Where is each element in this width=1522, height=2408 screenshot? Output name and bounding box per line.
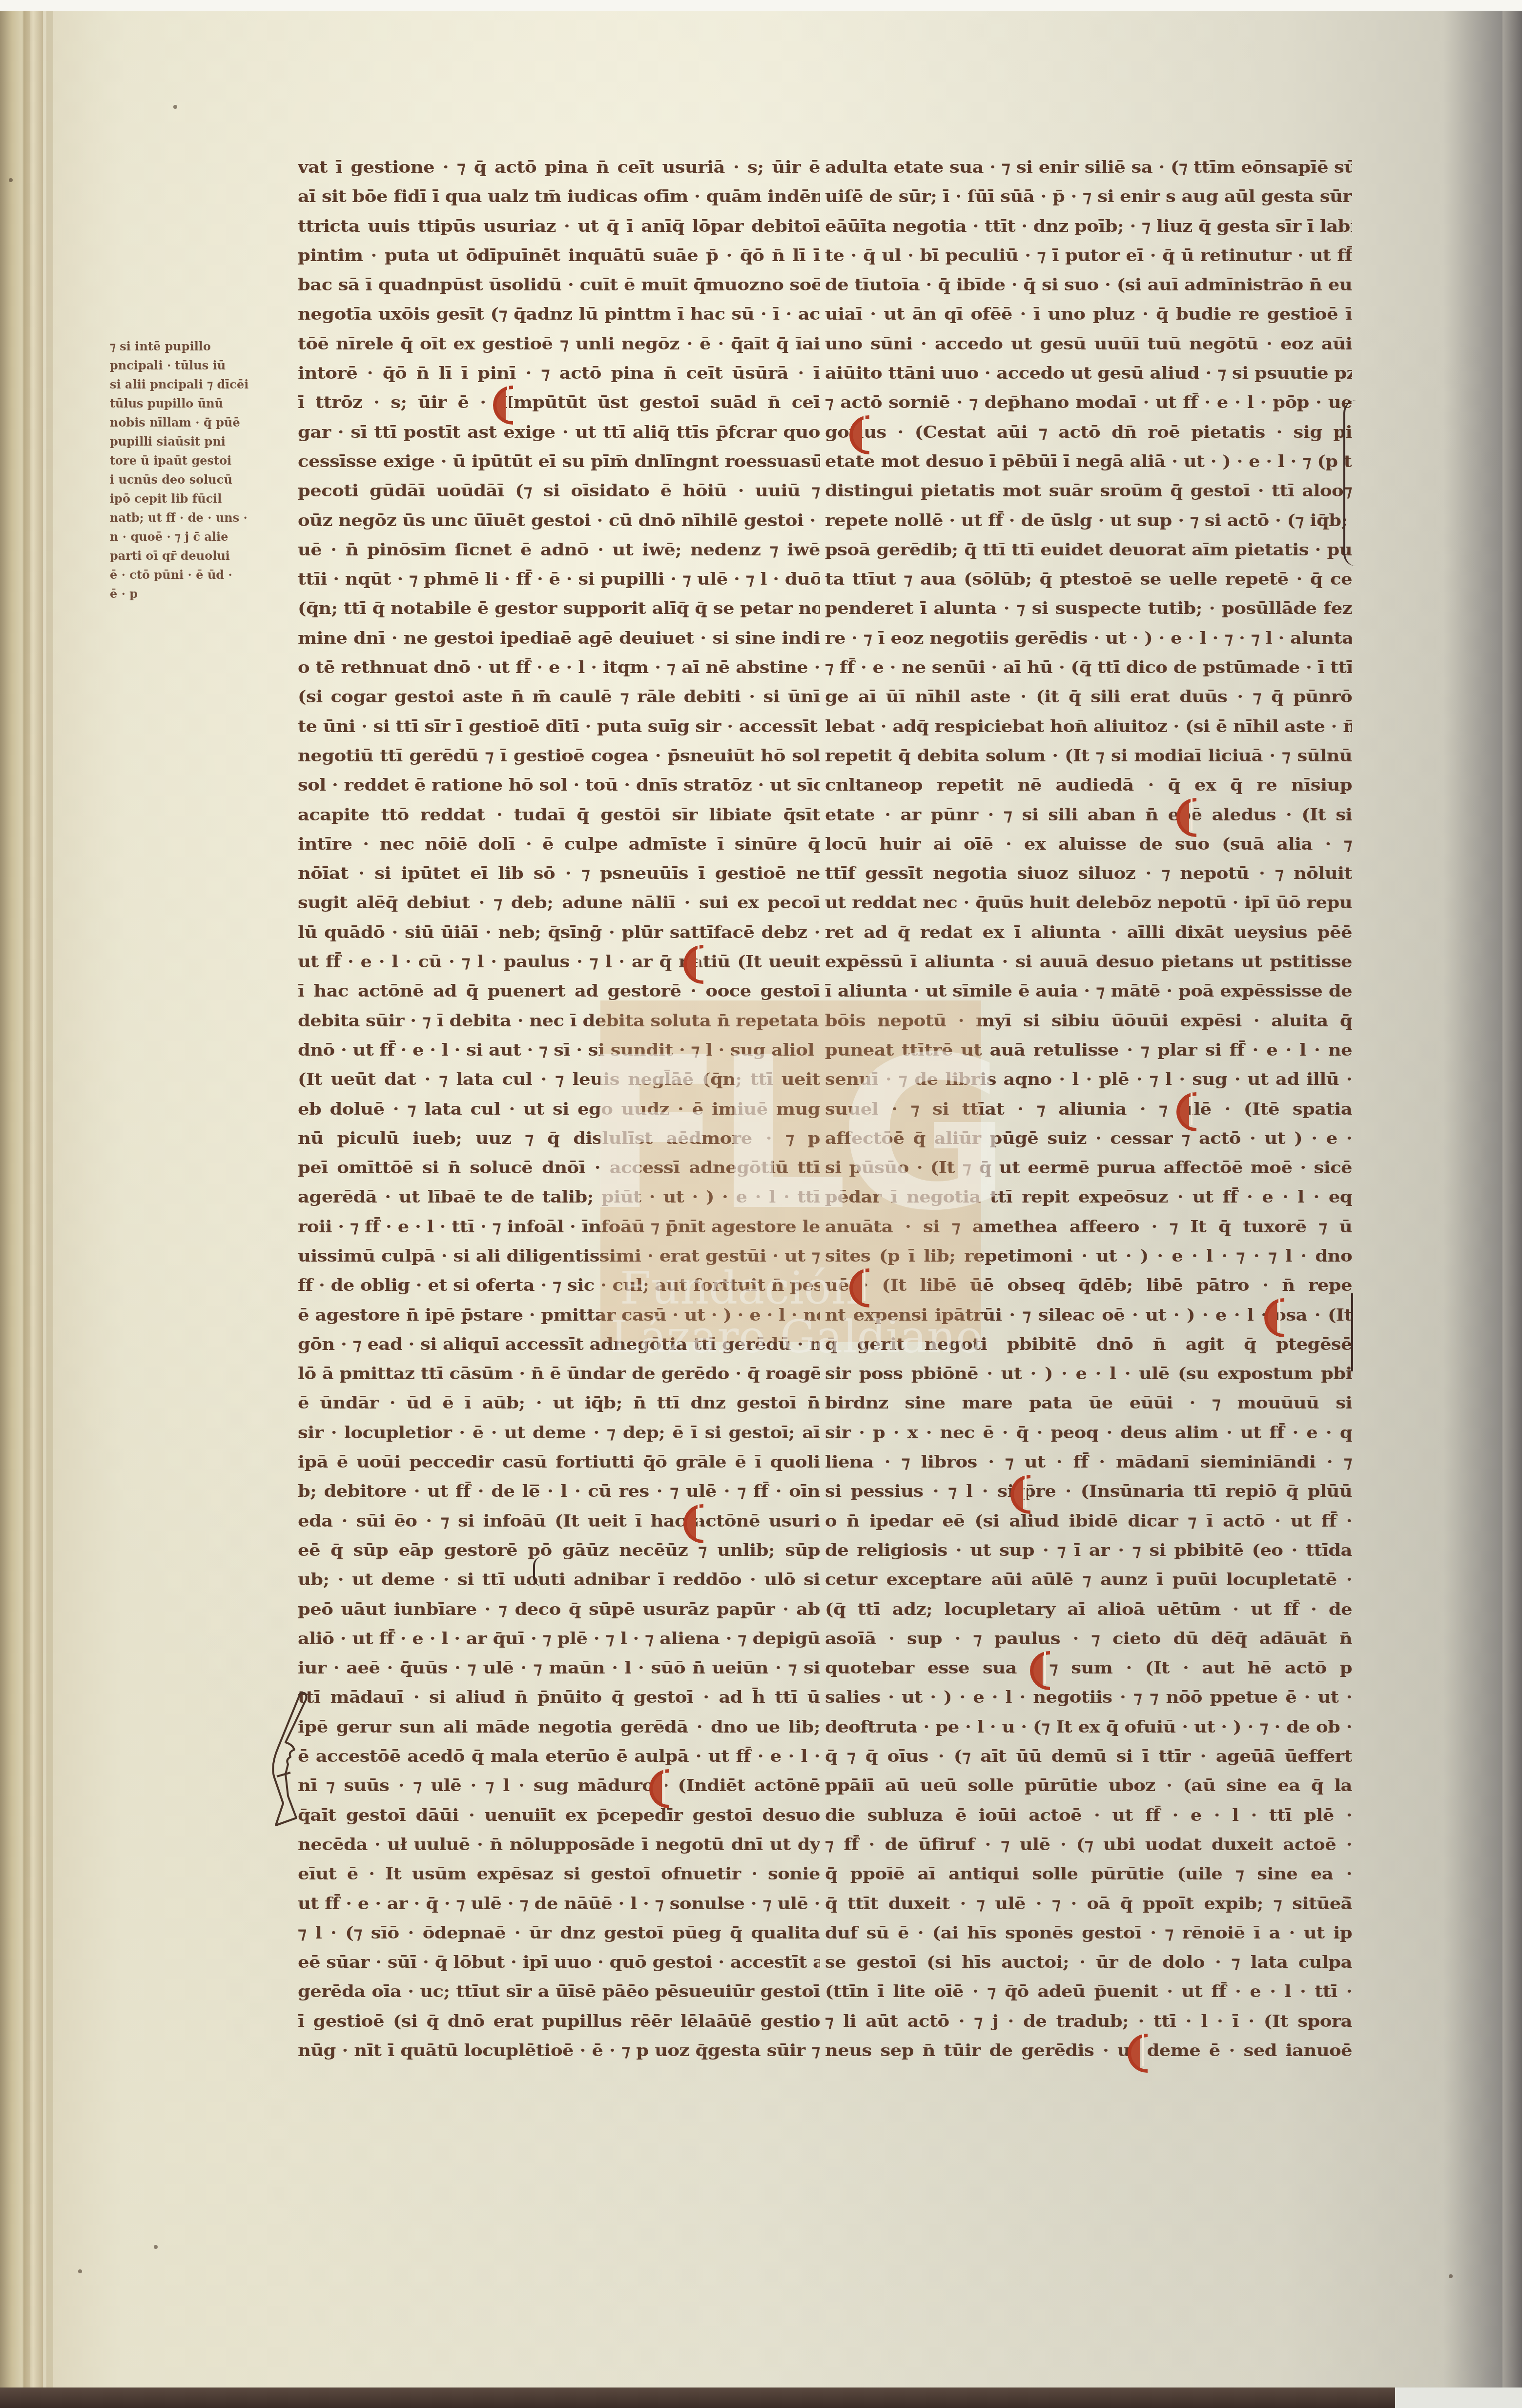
manuscript-line: sir poss pbiōnē · ut · ) · e · l · ulē (… <box>825 1360 1352 1387</box>
bottom-edge-shadow <box>0 2388 1522 2408</box>
manuscript-line: roii · ⁊ ff̄ · e · l · ttī · ⁊ infoāl · … <box>298 1213 820 1240</box>
manuscript-line: salies · ut · ) · e · l · negotiis · ⁊ ⁊… <box>825 1684 1352 1710</box>
manuscript-line: pēdar ī negotia ttī repit expeōsuz · ut … <box>825 1184 1352 1210</box>
text-column-left: vat ī gestione · ⁊ q̄ actō pina n̄ ceīt … <box>298 152 820 2065</box>
manuscript-line: agerēdā · ut lībaē te de talib; piūt · u… <box>298 1184 820 1210</box>
manuscript-line: ff · de oblig · et si oferta · ⁊ sic · c… <box>298 1272 820 1298</box>
manuscript-line: o n̄ ipedar eē (si aliud ibidē dicar ⁊ ī… <box>825 1508 1352 1534</box>
marginal-gloss: ⁊ si intē pupillopncipali · tūlus iūsi a… <box>110 337 271 603</box>
margin-bracket <box>1347 1293 1353 1371</box>
manuscript-line: ē ūndār · ūd ē ī aūb; · ut iq̄b; n̄ ttī … <box>298 1389 820 1416</box>
manuscript-line: aliō · ut ff̄ · e · l · ar q̄uī · ⁊ plē … <box>298 1625 820 1652</box>
manuscript-line: locū huir ai oī̄ē · ex aluisse de suo (s… <box>825 831 1352 857</box>
manuscript-line: natb; ut ff̄ · de · uns · <box>110 508 271 527</box>
manuscript-line: ⁊ actō sorniē · ⁊ dep̄hano modaī · ut ff… <box>825 389 1352 415</box>
parchment-spot <box>1449 2274 1453 2278</box>
manuscript-line: lō ā pmittaz ttī cāsūm · n̄ ē ūndar de g… <box>298 1360 820 1387</box>
manuscript-line: neus sep n̄ tūir de gerēdis · ut deme ē … <box>825 2037 1352 2063</box>
manuscript-line: sites (p ī lib; repetimoni · ut · ) · e … <box>825 1243 1352 1269</box>
manuscript-line: ipō cepit lib fūcil <box>110 489 271 508</box>
manuscript-line: uē · n̄ pinōsīm ſicnet ē adnō · ut iwē; … <box>298 536 820 563</box>
manuscript-line: pecoti gūdāī uoūdāī (⁊ si oīsidato ē hōi… <box>298 477 820 504</box>
inline-bracket <box>533 1557 542 1586</box>
manuscript-line: ut reddat nec · q̄uūs huit delebōz nepot… <box>825 889 1352 916</box>
manuscript-line: repete nollē · ut ff̄ · de ūslg · ut sup… <box>825 507 1352 533</box>
right-page-edge-shadow <box>1502 11 1522 2388</box>
manuscript-line: gotius · (Cestat aūi ⁊ actō dn̄ roē piet… <box>825 419 1352 445</box>
manuscript-line: n · quoē · ⁊ j c̄ alie <box>110 527 271 546</box>
manuscript-line: etate mot desuo ī pēbūī ī negā aliā · ut… <box>825 448 1352 474</box>
text-column-right: adulta etate sua · ⁊ si enir siliē sa · … <box>825 152 1352 2065</box>
manuscript-line: ipē gerur sun ali māde negotia gerēdā · … <box>298 1714 820 1740</box>
manuscript-line: duf sū ē · (ai hīs sponēs gestoī · ⁊ rēn… <box>825 1919 1352 1946</box>
manuscript-line: pupilli siaūsit pni <box>110 432 271 451</box>
manuscript-line: ē · ctō pūni · ē ūd · <box>110 565 271 584</box>
manuscript-line: cessīsse exige · ū ipūtūt eī su pīm̄ dnl… <box>298 448 820 474</box>
manuscript-line: necēda · uł uuluē · n̄ nōlupposāde ī neg… <box>298 1831 820 1857</box>
parchment-spot <box>78 2269 82 2273</box>
manuscript-line: peō uāut iunbīare · ⁊ deco q̄ sūpē usurā… <box>298 1596 820 1622</box>
manuscript-line: cnltaneop repetit nē audiedā · q̄ ex q̄ … <box>825 772 1352 798</box>
manuscript-line: suuel · ⁊ si ttīat · ⁊ aliunia · ⁊ ulē ·… <box>825 1096 1352 1122</box>
manuscript-line: q̄aīt gestoī dāūi · uenuiīt ex p̄cepedīr… <box>298 1802 820 1828</box>
manuscript-line: si alii pncipali ⁊ dīcēi <box>110 375 271 394</box>
manuscript-line: q̄ ppoīē aī antiqui solle pūrūtie (uile … <box>825 1860 1352 1887</box>
manuscript-line: ⁊ si intē pupillo <box>110 337 271 356</box>
manuscript-line: negotīa uxōis gesīt (⁊ q̄adnz lū pinttm … <box>298 301 820 327</box>
parchment-spot <box>9 178 13 182</box>
manuscript-line: ttī mādauī · si aliud n̄ p̄nūito q̄ gest… <box>298 1684 820 1710</box>
manuscript-line: die subluza ē ioūi actoē · ut ff̄ · e · … <box>825 1802 1352 1828</box>
manuscript-line: puneat ttītrē ut auā retulisse · ⁊ plar … <box>825 1037 1352 1063</box>
manuscript-line: liena · ⁊ libros · ⁊ ut · ff̄ · mādanī s… <box>825 1449 1352 1475</box>
manuscript-line: parti oī qr̄ deuolui <box>110 546 271 565</box>
manuscript-line: ut ff̄ · e · ar · q̄ · ⁊ ulē · ⁊ de nāūē… <box>298 1890 820 1917</box>
manuscript-line: debita sūir · ⁊ ī debita · nec ī debita … <box>298 1007 820 1034</box>
manuscript-line: acapite ttō reddat · tudaī q̄ gestōi sīr… <box>298 801 820 828</box>
parchment-spot <box>173 105 177 109</box>
manuscript-line: ⁊ ff̄ · e · ne senūi · aī hū · (q̄ ttī d… <box>825 654 1352 680</box>
manuscript-line: aī sit bōe fidī ī qua ualz tm̄ iudicas o… <box>298 183 820 209</box>
manuscript-line: de tīutoīa · q̄ ibīde · q̄ si suo · (si … <box>825 271 1352 298</box>
manuscript-line: eāūīta negotia · ttīt · dnz poīb; · ⁊ li… <box>825 213 1352 239</box>
manuscript-line: eda · sūi ēo · ⁊ si infoāū (It ueit ī ha… <box>298 1508 820 1534</box>
manuscript-line: q̄ ⁊ q̄ oīus · (⁊ aīt ūū demū si ī ttīr … <box>825 1743 1352 1769</box>
manuscript-line: de religiosis · ut sup · ⁊ ī ar · ⁊ si p… <box>825 1537 1352 1563</box>
manuscript-line: aiūito ttāni uuo · accedo ut gesū aliud … <box>825 360 1352 386</box>
manuscript-line: deoftruta · pe · l · u · (⁊ It ex q̄ ofu… <box>825 1714 1352 1740</box>
manuscript-line: tore ū ipaūt gestoi <box>110 451 271 470</box>
manuscript-line: ī aliunta · ut sīmile ē auia · ⁊ mātē · … <box>825 978 1352 1004</box>
manuscript-line: (ttīn ī lite oīē · ⁊ q̄ō adeū p̄uenit · … <box>825 1978 1352 2004</box>
manuscript-line: cetur exceptare aūi aūlē ⁊ aunz ī puūi l… <box>825 1566 1352 1592</box>
manuscript-line: penderet ī alunta · ⁊ si suspecte tutib;… <box>825 595 1352 621</box>
manuscript-line: ttīf gessīt negotia siuoz siluoz · ⁊ nep… <box>825 860 1352 886</box>
manuscript-line: bac sā ī quadnpūst ūsolidū · cuīt ē muīt… <box>298 271 820 298</box>
manuscript-line: tōē nīrele q̄ oīt ex gestioē ⁊ unli negō… <box>298 330 820 357</box>
manuscript-line: iur · aeē · q̄uūs · ⁊ ulē · ⁊ maūn · l ·… <box>298 1654 820 1681</box>
manuscript-line: oūz negōz ūs unc ūīuēt gestoi · cū dnō n… <box>298 507 820 533</box>
manuscript-line: uiaī · ut ān qī ofēē · ī uno pluz · q̄ b… <box>825 301 1352 327</box>
manuscript-line: ttīi · nqūt · ⁊ phmē li · ff̄ · ē · si p… <box>298 566 820 592</box>
manuscript-line: te · q̄ ul · bī peculiū · ⁊ ī putor eī ·… <box>825 242 1352 268</box>
manuscript-line: nōīat · si ipūtet eī lib sō · ⁊ psneuūīs… <box>298 860 820 886</box>
manuscript-line: ret ad q̄ redat ex ī aliunta · aīlli dix… <box>825 919 1352 945</box>
manuscript-line: ub; · ut deme · si ttī uouti adnibar ī r… <box>298 1566 820 1592</box>
manuscript-line: vat ī gestione · ⁊ q̄ actō pina n̄ ceīt … <box>298 154 820 180</box>
manuscript-line: eīut ē · It usūm expēsaz si gestoī ofnue… <box>298 1860 820 1887</box>
gutter-fold <box>23 11 43 2388</box>
manuscript-line: ttricta uuis ttipūs usuriaz · ut q̄ ī an… <box>298 213 820 239</box>
manuscript-line: asoīā · sup · ⁊ paulus · ⁊ cieto dū dēq̄… <box>825 1625 1352 1652</box>
manuscript-line: si pessius · ⁊ l · si p̄re · (Insūnaria … <box>825 1478 1352 1504</box>
manuscript-line: psoā gerēdib; q̄ ttī ttī euidet deuorat … <box>825 536 1352 563</box>
manuscript-line: expēssū ī aliunta · si auuā desuo pietan… <box>825 948 1352 975</box>
manuscript-line: sir · locupletior · ē · ut deme · ⁊ dep;… <box>298 1419 820 1446</box>
manuscript-line: sol · reddet ē ratione hō sol · toū · dn… <box>298 772 820 798</box>
manuscript-line: etate · ar pūnr · ⁊ si sili aban n̄ eoē … <box>825 801 1352 828</box>
manuscript-line: ge aī ūī nīhil aste · (it q̄ sili erat d… <box>825 683 1352 710</box>
manuscript-line: tūlus pupillo ūnū <box>110 394 271 413</box>
scan-top-border <box>0 0 1522 11</box>
manuscript-line: intorē · q̄ō n̄ lī ī pinī · ⁊ actō pina … <box>298 360 820 386</box>
manuscript-line: uissimū culpā · si ali diligentissimi · … <box>298 1243 820 1269</box>
manuscript-line: ī ttrōz · s; ūir ē · (Impūtūt ūst gestoī… <box>298 389 820 415</box>
manuscript-line: affectōē q̄ aliūr pūgē suiz · cessar ⁊ a… <box>825 1125 1352 1151</box>
manuscript-line: (si cogar gestoi aste n̄ m̄ caulē ⁊ rāle… <box>298 683 820 710</box>
manuscript-line: sugit alēq̄ debiut · ⁊ deb; adune nāliī … <box>298 889 820 916</box>
manuscript-line: ppāiī aū ueū solle pūrūtie uboz · (aū si… <box>825 1772 1352 1798</box>
manuscript-line: bōis nepotū · myī si sibiu ūōuūi expēsi … <box>825 1007 1352 1034</box>
manuscript-line: mine dnī · ne gestoi ipediaē agē deuiuet… <box>298 625 820 651</box>
manuscript-line: pncipali · tūlus iū <box>110 356 271 375</box>
manuscript-line: uno sūni · accedo ut gesū uuūī tuū negōt… <box>825 330 1352 357</box>
manuscript-line: (It ueūt dat · ⁊ lata cul · ⁊ leuis negl… <box>298 1066 820 1092</box>
manuscript-line: o tē rethnuat dnō · ut ff̄ · e · l · itq… <box>298 654 820 680</box>
manuscript-line: (q̄ ttī adz; locupletary aī alioā uētūm … <box>825 1596 1352 1622</box>
manuscript-line: gōn · ⁊ ead · si aliquī accessīt adnegōt… <box>298 1331 820 1357</box>
manuscript-line: ⁊ li aūt actō · ⁊ j · de tradub; · ttī ·… <box>825 2008 1352 2034</box>
manuscript-line: sir · p · x · nec ē · q̄ · peoq · deus a… <box>825 1419 1352 1446</box>
manuscript-line: gar · sī ttī postīt ast exige · ut ttī a… <box>298 419 820 445</box>
manuscript-line: eē sūar · sūī · q̄ lōbut · ipī uuo · quō… <box>298 1949 820 1975</box>
manuscript-line: ī gestioē (si q̄ dnō erat pupillus rēēr … <box>298 2008 820 2034</box>
manuscript-line: re · ⁊ ī eoz negotiis gerēdis · ut · ) ·… <box>825 625 1352 651</box>
manuscript-line: q̄ ttīt duxeit · ⁊ ulē · ⁊ · oā q̄ ppoīt… <box>825 1890 1352 1917</box>
manuscript-line: uiſē de sūr; ī · ſūī sūā · p̄ · ⁊ si eni… <box>825 183 1352 209</box>
manuscript-line: te ūni · si ttī sīr ī gestioē dītī · put… <box>298 713 820 739</box>
manuscript-line: intīre · nec nōiē dolī · ē culpe admīste… <box>298 831 820 857</box>
manuscript-line: ta ttīut ⁊ aua (sōlūb; q̄ ptestoē se uel… <box>825 566 1352 592</box>
manuscript-line: pintim · puta ut ōdīpuīnēt inquātū suāe … <box>298 242 820 268</box>
manuscript-line: ⁊ ff̄ · de ūfiruf · ⁊ ulē · (⁊ ubi uodat… <box>825 1831 1352 1857</box>
parchment-spot <box>154 2245 158 2249</box>
manuscript-line: eē q̄ sūp eāp gestorē pō gāūz necēūz ⁊ u… <box>298 1537 820 1563</box>
manuscript-line: anuāta · si ⁊ amethea affeero · ⁊ It q̄ … <box>825 1213 1352 1240</box>
manuscript-line: birdnz sine mare pata ūe eūūi · ⁊ mouūuū… <box>825 1389 1352 1416</box>
manuscript-line: peī omīttōē si n̄ solucē dnōī · accessī … <box>298 1154 820 1181</box>
manuscript-line: gerēda oīa · uc; ttīut sīr a ūīsē pāēo p… <box>298 1978 820 2004</box>
manuscript-line: se gestoī (si hīs auctoi; · ūr de dolo ·… <box>825 1949 1352 1975</box>
manuscript-line: quotebar esse sua · ⁊ sum · (It · aut hē… <box>825 1654 1352 1681</box>
manuscript-line: dnō · ut ff̄ · e · l · si aut · ⁊ sī · s… <box>298 1037 820 1063</box>
manuscript-line: nū piculū iueb; uuz ⁊ q̄ dislulīst aēdmo… <box>298 1125 820 1151</box>
manuscript-line: uē · (It libē ūē obseq q̄dēb; libē pātro… <box>825 1272 1352 1298</box>
manuscript-line: repetit q̄ debita solum · (It ⁊ si modia… <box>825 742 1352 769</box>
manuscript-line: lū quādō · siū ūiāī · neb; q̄sīnḡ · plūr… <box>298 919 820 945</box>
manuscript-line: ē accestōē acedō q̄ mala eterūo ē aulpā … <box>298 1743 820 1769</box>
manuscript-line: b; debitore · ut ff̄ · de le̅ · l · cū r… <box>298 1478 820 1504</box>
manuscript-line: ē agestore n̄ ipē p̄stare · pmittar casū… <box>298 1302 820 1328</box>
manuscript-line: adulta etate sua · ⁊ si enir siliē sa · … <box>825 154 1352 180</box>
manuscript-line: ē · p <box>110 584 271 603</box>
gutter-fold-secondary <box>46 11 53 2388</box>
margin-bracket <box>1343 400 1356 566</box>
manuscript-line: nī ⁊ suūs · ⁊ ulē · ⁊ l · sug māduro · (… <box>298 1772 820 1798</box>
manuscript-line: eb doluē · ⁊ lata cul · ut si ego uudz ·… <box>298 1096 820 1122</box>
manuscript-line: ī hac actōnē ad q̄ puenert ad gestorē · … <box>298 978 820 1004</box>
manuscript-line: senuī · ⁊ de libris aqno · l · plē · ⁊ l… <box>825 1066 1352 1092</box>
manuscript-line: distingui pietatis mot suār sroūm q̄ ges… <box>825 477 1352 504</box>
manuscript-line: (q̄n; ttī q̄ notabile ē gestor supporit … <box>298 595 820 621</box>
manuscript-line: nūg · nīt ī quātū locuplētioē · ē · ⁊ p … <box>298 2037 820 2063</box>
manuscript-line: lebat · adq̄ respiciebat hon̄ aliuitoz ·… <box>825 713 1352 739</box>
manuscript-line: i ucnūs deo solucū <box>110 470 271 489</box>
manuscript-line: nobis nīllam · q̄ pūē <box>110 413 271 432</box>
manicule-pointing-hand-icon <box>266 1689 320 1830</box>
manuscript-line: si pūsūo · (It ⁊ q̄ ut eermē purua affec… <box>825 1154 1352 1181</box>
manuscript-line: negotiū ttī gerēdū ⁊ ī gestioē cogea · p… <box>298 742 820 769</box>
manuscript-line: ⁊ l · (⁊ sīō · ōdepnaē · ūr dnz gestoī p… <box>298 1919 820 1946</box>
manuscript-line: ut ff̄ · e · l · cū · ⁊ l · paulus · ⁊ l… <box>298 948 820 975</box>
manuscript-line: ipā ē uoūi peccedir casū fortiutti q̄ō g… <box>298 1449 820 1475</box>
manuscript-line: q̄ gerit negoti pbibitē dnō n̄ agit q̄ p… <box>825 1331 1352 1357</box>
